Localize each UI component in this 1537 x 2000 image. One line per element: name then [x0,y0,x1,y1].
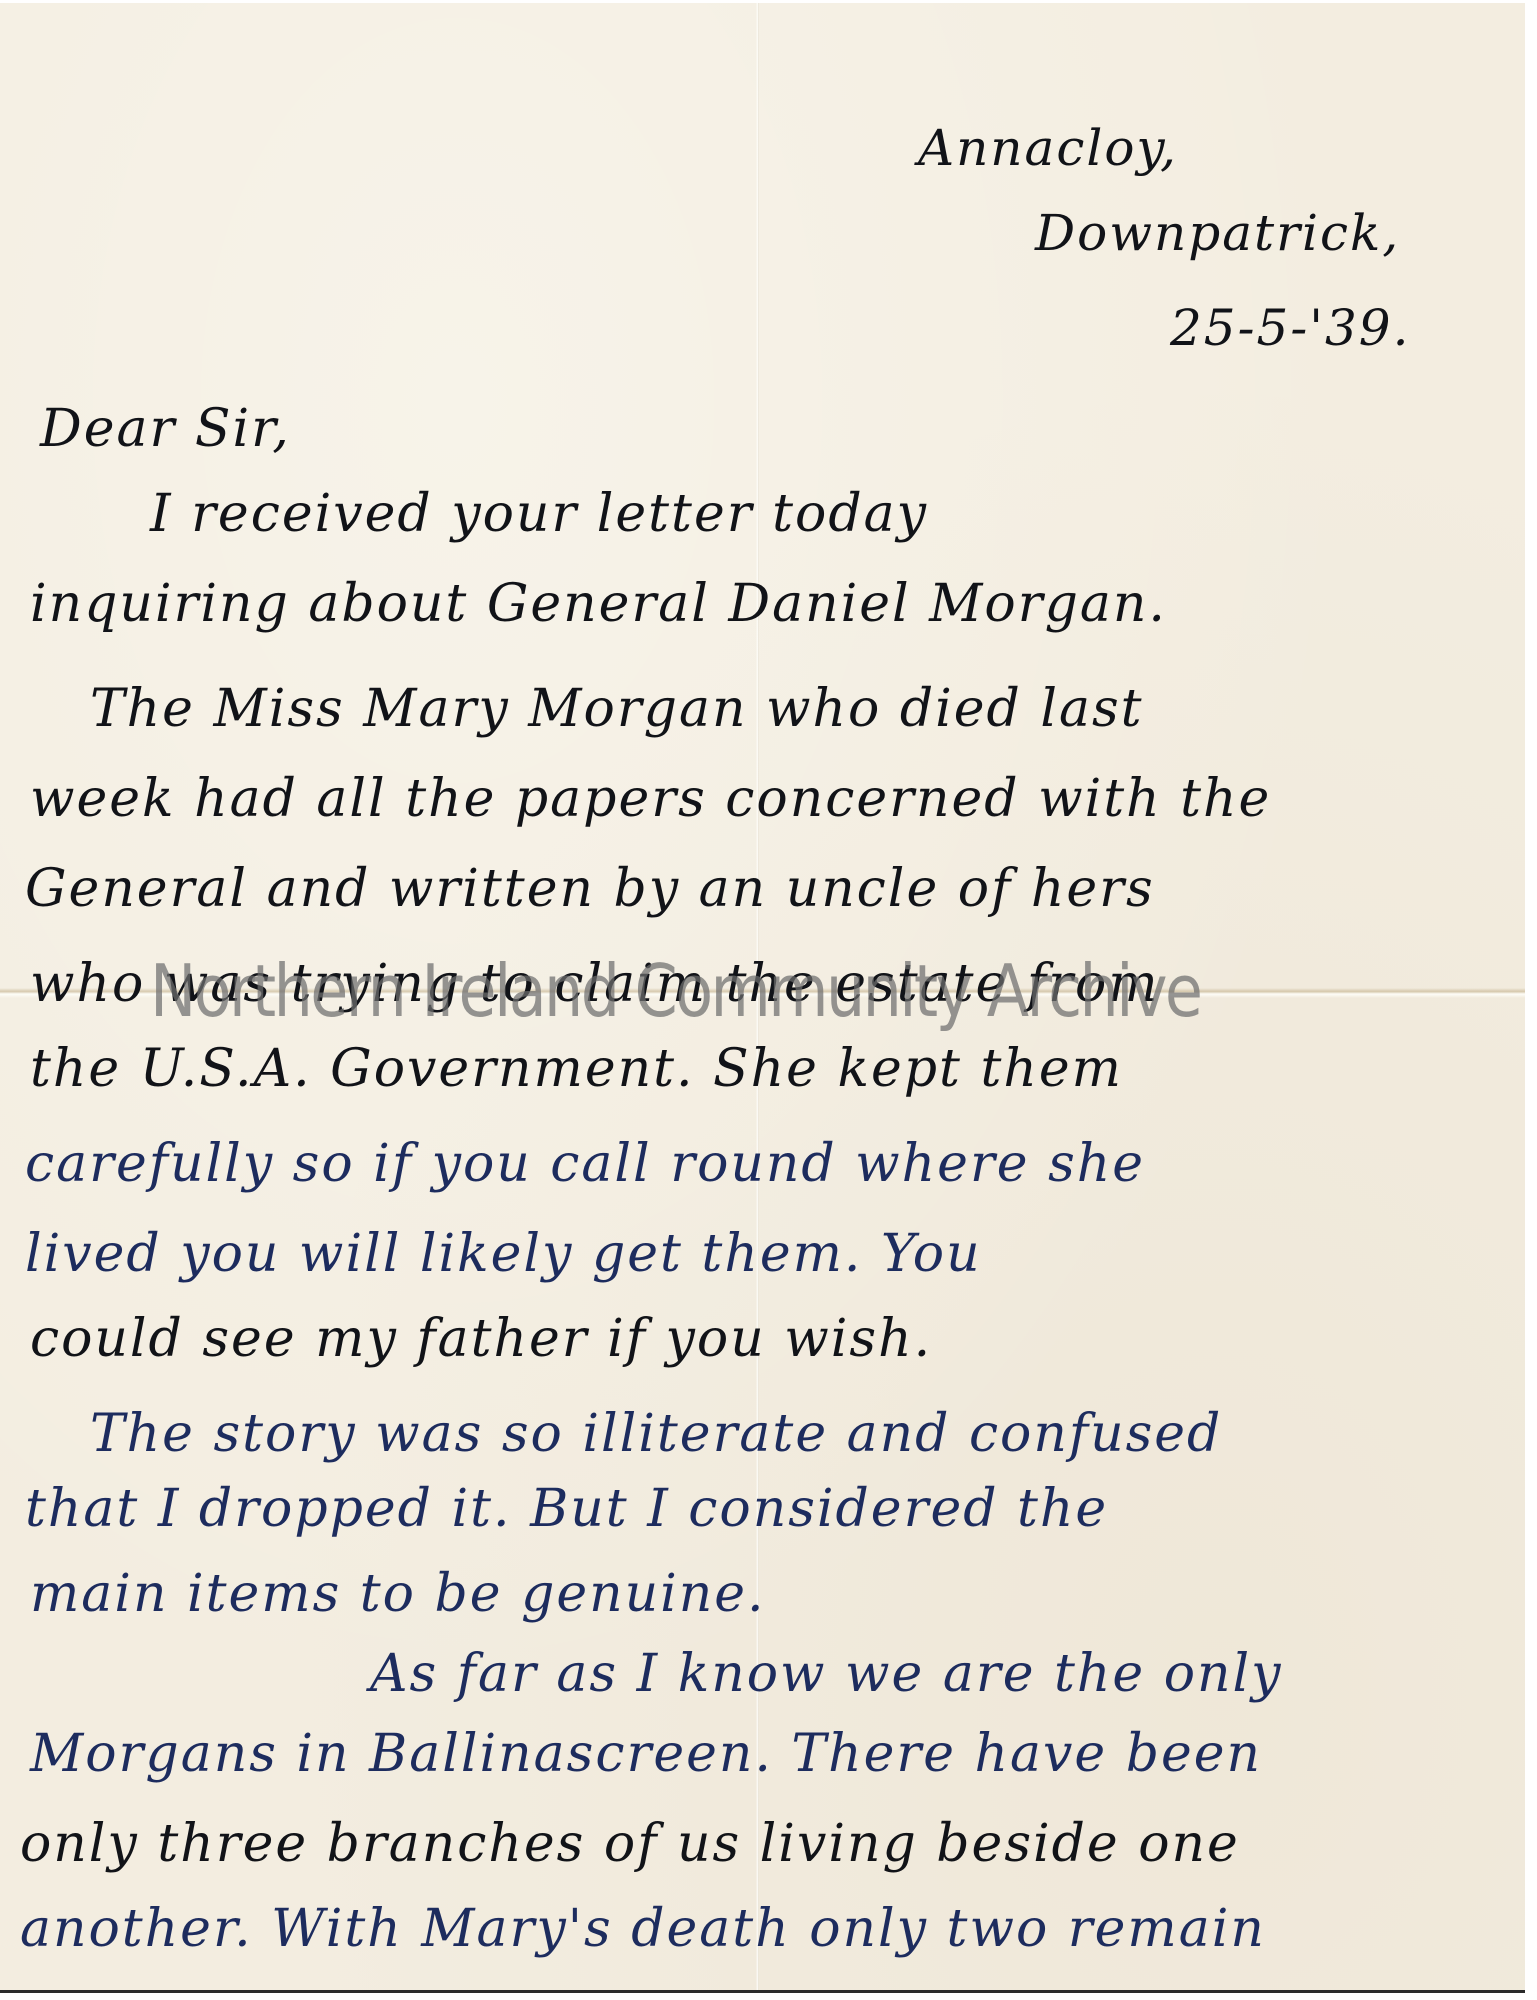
salutation: Dear Sir, [40,403,291,455]
body-line: inquiring about General Daniel Morgan. [30,578,1167,630]
body-line: lived you will likely get them. You [25,1228,982,1280]
body-line: The story was so illiterate and confused [90,1408,1222,1460]
address-line-1: Annacloy, [918,123,1178,173]
body-line: carefully so if you call round where she [25,1138,1145,1190]
address-line-2: Downpatrick, [1035,208,1400,258]
body-line: week had all the papers concerned with t… [30,773,1271,825]
archive-watermark: Northern Ireland Community Archive [150,955,1200,1027]
body-line: another. With Mary's death only two rema… [20,1903,1266,1955]
body-line: Morgans in Ballinascreen. There have bee… [30,1728,1262,1780]
body-line: I received your letter today [150,488,928,540]
body-line: could see my father if you wish. [30,1313,932,1365]
body-line: the U.S.A. Government. She kept them [30,1043,1123,1095]
body-line: main items to be genuine. [30,1568,766,1620]
body-line: As far as I know we are the only [370,1648,1283,1700]
body-line: that I dropped it. But I considered the [25,1483,1108,1535]
body-line: only three branches of us living beside … [20,1818,1240,1870]
letter-date: 25-5-'39. [1170,303,1411,353]
body-line: The Miss Mary Morgan who died last [90,683,1144,735]
letter-page: Annacloy, Downpatrick, 25-5-'39. Dear Si… [0,3,1525,1993]
body-line: General and written by an uncle of hers [25,863,1155,915]
